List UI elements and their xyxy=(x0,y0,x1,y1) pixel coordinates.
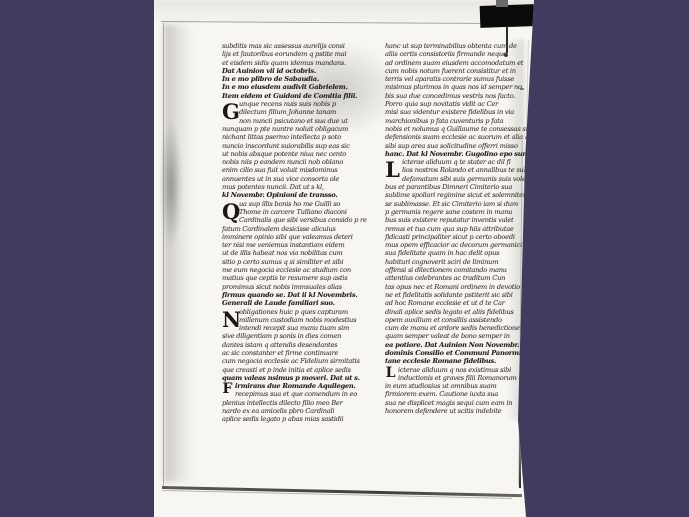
leaf-corner-edge xyxy=(519,420,521,488)
text-column-left: subditis mas sic assessus aurelijs consi… xyxy=(222,42,376,424)
text-line: enim cilio sua fuit voluit misdominus xyxy=(222,166,376,174)
text-line: sublime spoliari regimine sicut et solem… xyxy=(385,191,539,199)
leaf-left-edge xyxy=(163,23,164,486)
text-line: ad hoc Romane ecclesie et ut d te Car xyxy=(385,299,539,307)
illuminated-initial-L: L xyxy=(385,158,400,183)
text-line: lios nostros Rolando et annalibus te sub xyxy=(385,166,539,174)
text-line: honorem defendere ut scitis indebite xyxy=(385,407,539,415)
text-column-right: hanc ut sup terminabilius obtenta cum de… xyxy=(385,42,539,415)
text-line: ut de illis habeat nos via nobilitas cum xyxy=(222,249,376,257)
text-line: millenum custodiam nobis modestius xyxy=(222,316,376,324)
text-line: recepimus sua et que comendum in eo xyxy=(222,390,376,398)
text-line: imminere opinio sibi que valeamus deteri xyxy=(222,233,376,241)
text-line: dilectum filium Johanne tanam xyxy=(222,108,376,116)
text-line: In e mo eiusdem audivit Gabrielem. xyxy=(222,83,376,91)
text-line: icterae aliduum q nos existimus sibi xyxy=(385,366,539,374)
manuscript-page: subditis mas sic assessus aurelijs consi… xyxy=(154,0,537,517)
text-line: Thome in carcere Tulliano diaconi xyxy=(222,208,376,216)
text-line: ea potiore. Dat Auinion Non Novembr. xyxy=(385,341,539,349)
page-gutter-shadow xyxy=(164,24,194,482)
text-line: sibi sup area sua solicitudine offerri m… xyxy=(385,142,539,150)
text-line: matius que ceptis te resumere sup astis xyxy=(222,274,376,282)
text-line: marchionibus p fata cuventuris p fata xyxy=(385,117,539,125)
text-line: sitio p certo sumus q si similiter et si… xyxy=(222,258,376,266)
text-line: opem auxilium et consiliis assistendo xyxy=(385,316,539,324)
text-line: dantes istam q attendis desendantes xyxy=(222,341,376,349)
text-line: sua fidelitate quam in hac delit opus xyxy=(385,249,539,257)
text-line: firmiorem exem. Cautione iuxta sua xyxy=(385,390,539,398)
text-line: ua sup illis bonis ho me Guilli so xyxy=(222,200,376,208)
text-line: plenius intellectis dilecto filio meo Be… xyxy=(222,399,376,407)
text-line: tane ecclesie Romane fidelibus. xyxy=(385,357,539,365)
illuminated-initial-G: G xyxy=(222,100,237,125)
text-line: ad ordinem suam eiusdem accomodatum et xyxy=(385,59,539,67)
text-line: p germanis regere sane costem in manu xyxy=(385,208,539,216)
text-line: que creasti et p inde initia et aplice s… xyxy=(222,366,376,374)
illuminated-initial-N: N xyxy=(222,308,237,333)
text-line: se sublimasse. Et sic Cimiterio iam si d… xyxy=(385,200,539,208)
text-line: dinali aplice sedis legato et aliis fide… xyxy=(385,308,539,316)
text-line: ut nobis absque potente niua nec cento xyxy=(222,150,376,158)
slide-background: { "scene": { "kind": "photograph of a me… xyxy=(0,0,689,517)
text-line: bis sua due concedimus vestris nos facto… xyxy=(385,92,539,100)
text-line: habituri cognoverit sciri de liminum xyxy=(385,258,539,266)
text-line: defensionis suam ecclesie ac suorum et a… xyxy=(385,133,539,141)
text-line: misi sua videntur existere fidelibus in … xyxy=(385,108,539,116)
text-line: bus suis existere reputatur inventis val… xyxy=(385,216,539,224)
text-line: remus et tua cum qua sup hiis attributae xyxy=(385,225,539,233)
text-line: et eisdem sidis quam idemus mandans. xyxy=(222,59,376,67)
text-line: firmus quando se. Dat ii kl Novembris. xyxy=(222,291,376,299)
text-line: nichant littas psermo intellecta p soto xyxy=(222,133,376,141)
text-line: sua ne displicet magis sequi cum eam in xyxy=(385,399,539,407)
illuminated-initial-Q: Q xyxy=(222,200,237,225)
text-line: ne et fidelitatis solidante pstiterit si… xyxy=(385,291,539,299)
text-line: Cardinalis que sibi versibus consido p r… xyxy=(222,216,376,224)
text-line: annuentes ut in sua vice consorta ole xyxy=(222,175,376,183)
binder-clip xyxy=(480,4,535,28)
text-line: Generali de Laude familiari suo. xyxy=(222,299,376,307)
text-line: Dat Auinion vii id octobris. xyxy=(222,67,376,75)
binder-clip-tab xyxy=(496,0,508,7)
text-line: cum negocia ecclesie ac Fidelium sirmita… xyxy=(222,357,376,365)
text-line: fatum Cardinalem desicisse alicuius xyxy=(222,225,376,233)
text-line: lijs et fautoribus eorundem q pstite mai xyxy=(222,50,376,58)
text-line: quam semper valeat de bono semper in xyxy=(385,332,539,340)
text-line: tas opus nec et Romani ordinem in devoti… xyxy=(385,283,539,291)
text-line: inductionis et graves filii Romanorum es… xyxy=(385,374,539,382)
illuminated-initial-F: F xyxy=(222,382,233,399)
text-line: hanc. Dat kl Novembr. Gugolino epo sum xyxy=(385,150,539,158)
text-line: aliis certis consistoriis firmande neque xyxy=(385,50,539,58)
text-line: non nuncii psicutano et sua due ut xyxy=(222,117,376,125)
text-line: obligationes huic p ques capturam xyxy=(222,308,376,316)
text-line: aplice sedis legato p abas mias sastidii xyxy=(222,415,376,423)
text-line: promimus sicut nobis immsuales alias xyxy=(222,283,376,291)
text-line: fidicasti principaliter sicut p certo ob… xyxy=(385,233,539,241)
text-line: nuncio inscordunt suiorabilis sup eas si… xyxy=(222,142,376,150)
text-line: kl Novembr. Opinioni de transso. xyxy=(222,191,376,199)
text-line: Item eidem et Guidoni de Comitia filii. xyxy=(222,92,376,100)
text-line: sive diligentiam p sonis in dies comen xyxy=(222,332,376,340)
text-line: cum nobis notum fuerent consistitur et i… xyxy=(385,67,539,75)
text-line: defamatum sibi suis germanis suis volent… xyxy=(385,175,539,183)
text-line: attentius celebrantes ac traditum Cun xyxy=(385,274,539,282)
text-line: misimus plurimos in quas nos id semper n… xyxy=(385,83,539,91)
illuminated-initial-L: L xyxy=(385,366,396,383)
text-line: quam valeas nsimus p moveri. Dat ut s. xyxy=(222,374,376,382)
